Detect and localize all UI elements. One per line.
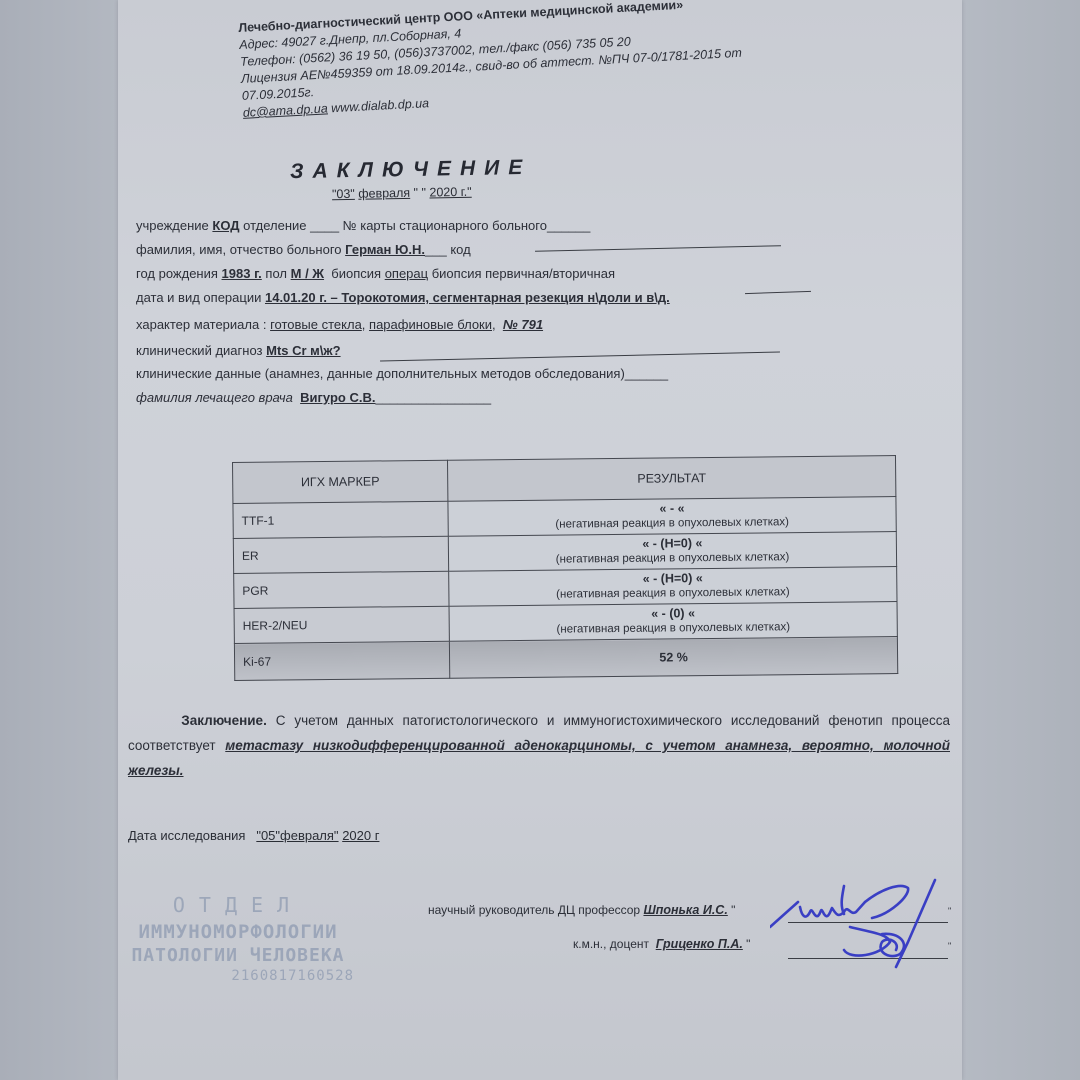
marker-cell: Ki-67 — [234, 641, 449, 680]
signature-row-1: научный руководитель ДЦ профессор Шпоньк… — [428, 903, 735, 917]
result-cell: « - (H=0) « (негативная реакция в опухол… — [449, 567, 897, 607]
table-header-row: ИГХ МАРКЕР РЕЗУЛЬТАТ — [233, 456, 896, 504]
background-right — [962, 0, 1080, 1080]
ihc-table: ИГХ МАРКЕР РЕЗУЛЬТАТ TTF-1 « - « (негати… — [232, 455, 898, 681]
institution-row: учреждение КОД отделение ____ № карты ст… — [136, 218, 590, 233]
header-marker: ИГХ МАРКЕР — [233, 460, 448, 503]
marker-cell: HER-2/NEU — [234, 606, 449, 643]
diagnosis-row: клинический диагноз Mts Cr м\ж? — [136, 343, 341, 358]
clinical-data-row: клинические данные (анамнез, данные допо… — [136, 366, 668, 381]
department-stamp: ОТДЕЛ ИММУНОМОРФОЛОГИИ ПАТОЛОГИИ ЧЕЛОВЕК… — [118, 893, 358, 984]
email-link[interactable]: dc@ama.dp.ua — [243, 101, 329, 119]
doctor-name: Вигуро С.В. — [300, 390, 375, 405]
marker-cell: ER — [233, 536, 448, 573]
biopsy-value: операц — [385, 266, 428, 281]
patient-row: фамилия, имя, отчество больного Герман Ю… — [136, 242, 471, 257]
operation-row: дата и вид операции 14.01.20 г. – Тороко… — [136, 290, 670, 305]
table-row-ki67: Ki-67 52 % — [234, 637, 897, 681]
doctor-row: фамилия лечащего врача Вигуро С.В.______… — [136, 390, 491, 405]
birth-row: год рождения 1983 г. пол М / Ж биопсия о… — [136, 266, 615, 281]
result-cell: 52 % — [449, 637, 897, 679]
conclusion-label: Заключение. — [181, 713, 267, 728]
birth-year: 1983 г. — [222, 266, 262, 281]
marker-cell: PGR — [234, 571, 449, 608]
result-cell: « - « (негативная реакция в опухолевых к… — [448, 497, 896, 537]
result-cell: « - (H=0) « (негативная реакция в опухол… — [448, 532, 896, 572]
handwritten-signature-icon — [770, 872, 950, 972]
sex: М / Ж — [291, 266, 324, 281]
material-row: характер материала : готовые стекла, пар… — [136, 317, 543, 332]
result-cell: « - (0) « (негативная реакция в опухолев… — [449, 602, 897, 642]
signatory-name: Гриценко П.А. — [656, 937, 743, 951]
website: www.dialab.dp.ua — [331, 96, 430, 115]
operation-value: 14.01.20 г. – Торокотомия, сегментарная … — [265, 290, 670, 305]
document-title: ЗАКЛЮЧЕНИЕ — [290, 156, 532, 184]
study-date: Дата исследования "05"февраля" 2020 г — [128, 828, 379, 843]
background-left — [0, 0, 118, 1080]
marker-cell: TTF-1 — [233, 501, 448, 538]
diagnosis-value: Mts Cr м\ж? — [266, 343, 340, 358]
title-date: "03" февраля " " 2020 г." — [332, 185, 472, 201]
material-number: № 791 — [503, 317, 543, 332]
conclusion-paragraph: Заключение. С учетом данных патогистолог… — [128, 708, 950, 783]
signature-row-2: к.м.н., доцент Гриценко П.А. " — [573, 937, 750, 951]
conclusion-emphasis: метастазу низкодифференцированной аденок… — [128, 738, 950, 778]
patient-name: Герман Ю.Н. — [345, 242, 425, 257]
institution-value: КОД — [212, 218, 239, 233]
header-result: РЕЗУЛЬТАТ — [447, 456, 895, 502]
signatory-name: Шпонька И.С. — [643, 903, 727, 917]
